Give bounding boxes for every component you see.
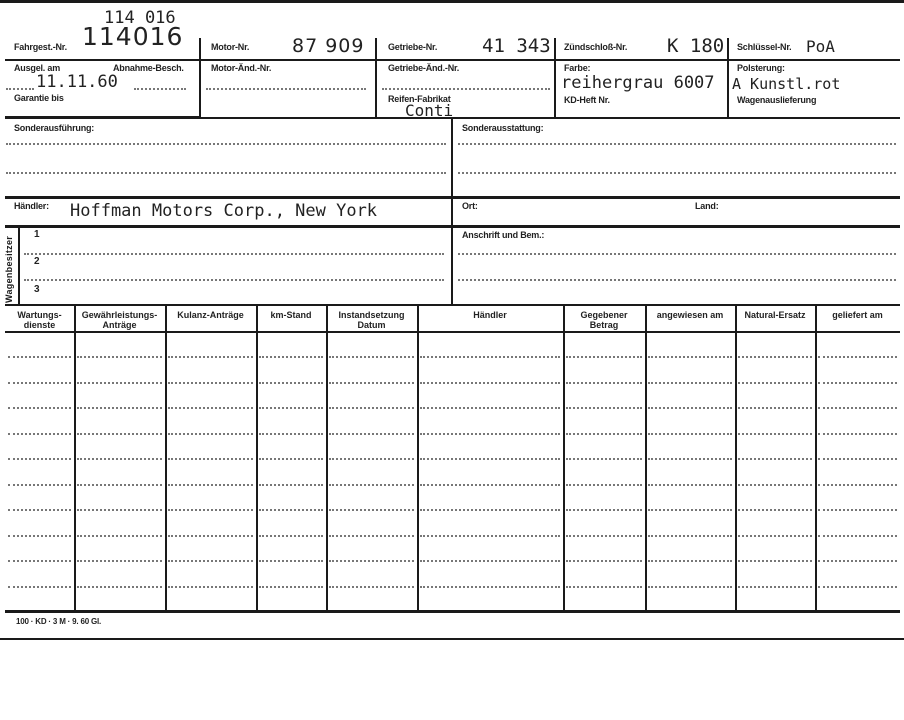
dotted-line	[24, 253, 444, 255]
ausgel-value: 11.11.60	[36, 72, 118, 92]
table-cell-line[interactable]	[168, 535, 253, 537]
divider	[727, 38, 729, 118]
table-cell-line[interactable]	[329, 535, 414, 537]
table-cell-line[interactable]	[8, 586, 71, 588]
table-cell-line[interactable]	[329, 433, 414, 435]
table-cell-line[interactable]	[329, 356, 414, 358]
column-divider	[74, 304, 76, 611]
table-cell-line[interactable]	[77, 407, 162, 409]
table-cell-line[interactable]	[738, 509, 812, 511]
table-cell-line[interactable]	[259, 535, 323, 537]
table-cell-line[interactable]	[168, 509, 253, 511]
table-cell-line[interactable]	[648, 509, 732, 511]
table-cell-line[interactable]	[420, 433, 560, 435]
table-cell-line[interactable]	[168, 560, 253, 562]
column-header: angewiesen am	[645, 310, 735, 320]
getriebe-value: 41 343	[482, 35, 551, 57]
table-cell-line[interactable]	[329, 458, 414, 460]
table-cell-line[interactable]	[566, 458, 642, 460]
wagenbesitzer-label: Wagenbesitzer	[4, 236, 14, 303]
table-cell-line[interactable]	[818, 407, 897, 409]
column-header: geliefert am	[815, 310, 900, 320]
table-cell-line[interactable]	[648, 484, 732, 486]
table-cell-line[interactable]	[566, 433, 642, 435]
column-header: Händler	[417, 310, 563, 320]
table-bottom	[5, 610, 900, 613]
table-cell-line[interactable]	[329, 560, 414, 562]
table-cell-line[interactable]	[329, 586, 414, 588]
service-table: Wartungs- diensteGewährleistungs- Anträg…	[0, 304, 904, 614]
table-cell-line[interactable]	[566, 356, 642, 358]
table-cell-line[interactable]	[738, 560, 812, 562]
dotted-line	[206, 88, 366, 90]
column-divider	[417, 304, 419, 611]
divider	[375, 38, 377, 118]
table-cell-line[interactable]	[566, 382, 642, 384]
table-cell-line[interactable]	[648, 356, 732, 358]
table-cell-line[interactable]	[168, 382, 253, 384]
schluessel-label: Schlüssel-Nr.	[737, 42, 791, 52]
table-cell-line[interactable]	[566, 509, 642, 511]
column-header: Kulanz-Anträge	[165, 310, 256, 320]
table-cell-line[interactable]	[259, 356, 323, 358]
table-cell-line[interactable]	[329, 382, 414, 384]
getriebe-aend-label: Getriebe-Änd.-Nr.	[388, 63, 459, 73]
fahrgest-stamped-value: 114016	[82, 22, 183, 51]
table-cell-line[interactable]	[168, 484, 253, 486]
haendler-label: Händler:	[14, 201, 49, 211]
table-cell-line[interactable]	[420, 560, 560, 562]
table-cell-line[interactable]	[738, 484, 812, 486]
sonderausstattung-label: Sonderausstattung:	[462, 123, 543, 133]
table-cell-line[interactable]	[77, 484, 162, 486]
zuendschloss-value: K 180	[667, 35, 724, 57]
table-cell-line[interactable]	[648, 535, 732, 537]
table-cell-line[interactable]	[77, 356, 162, 358]
table-cell-line[interactable]	[818, 484, 897, 486]
dotted-line	[382, 88, 550, 90]
column-header: Gegebener Betrag	[563, 310, 645, 330]
dotted-line	[6, 143, 446, 145]
table-cell-line[interactable]	[8, 407, 71, 409]
row2-bottom	[199, 117, 900, 119]
column-divider	[165, 304, 167, 611]
table-cell-line[interactable]	[420, 382, 560, 384]
table-cell-line[interactable]	[259, 484, 323, 486]
table-cell-line[interactable]	[818, 586, 897, 588]
table-cell-line[interactable]	[259, 458, 323, 460]
table-cell-line[interactable]	[738, 356, 812, 358]
table-cell-line[interactable]	[168, 586, 253, 588]
polsterung-value: A Kunstl.rot	[732, 75, 840, 93]
table-cell-line[interactable]	[259, 560, 323, 562]
table-cell-line[interactable]	[259, 407, 323, 409]
motor-aend-label: Motor-Änd.-Nr.	[211, 63, 271, 73]
dotted-line	[458, 279, 896, 281]
garantie-box-bottom	[5, 116, 201, 119]
table-cell-line[interactable]	[77, 586, 162, 588]
table-cell-line[interactable]	[168, 356, 253, 358]
column-divider	[735, 304, 737, 611]
table-cell-line[interactable]	[648, 382, 732, 384]
table-cell-line[interactable]	[259, 509, 323, 511]
table-cell-line[interactable]	[8, 535, 71, 537]
table-cell-line[interactable]	[168, 433, 253, 435]
table-cell-line[interactable]	[168, 407, 253, 409]
table-cell-line[interactable]	[8, 509, 71, 511]
dotted-line	[458, 253, 896, 255]
motor-label: Motor-Nr.	[211, 42, 249, 52]
table-cell-line[interactable]	[77, 458, 162, 460]
table-cell-line[interactable]	[818, 535, 897, 537]
table-cell-line[interactable]	[566, 586, 642, 588]
farbe-value: reihergrau 6007	[561, 73, 715, 93]
table-cell-line[interactable]	[77, 560, 162, 562]
table-cell-line[interactable]	[77, 433, 162, 435]
table-cell-line[interactable]	[738, 433, 812, 435]
table-cell-line[interactable]	[738, 586, 812, 588]
wagenauslieferung-label: Wagenauslieferung	[737, 95, 816, 105]
land-label: Land:	[695, 201, 719, 211]
table-cell-line[interactable]	[648, 407, 732, 409]
column-header: Wartungs- dienste	[5, 310, 74, 330]
table-cell-line[interactable]	[566, 484, 642, 486]
row1-bottom	[5, 59, 900, 61]
table-cell-line[interactable]	[648, 586, 732, 588]
table-cell-line[interactable]	[8, 356, 71, 358]
schluessel-value: PoA	[806, 37, 835, 56]
dotted-line	[458, 172, 896, 174]
table-cell-line[interactable]	[420, 535, 560, 537]
table-cell-line[interactable]	[566, 535, 642, 537]
top-border	[0, 0, 904, 3]
table-cell-line[interactable]	[168, 458, 253, 460]
table-cell-line[interactable]	[259, 382, 323, 384]
table-cell-line[interactable]	[648, 458, 732, 460]
abnahme-label: Abnahme-Besch.	[113, 63, 184, 73]
table-cell-line[interactable]	[648, 433, 732, 435]
table-cell-line[interactable]	[420, 586, 560, 588]
column-header: Instandsetzung Datum	[326, 310, 417, 330]
getriebe-label: Getriebe-Nr.	[388, 42, 437, 52]
table-cell-line[interactable]	[738, 382, 812, 384]
table-cell-line[interactable]	[420, 407, 560, 409]
dotted-line	[6, 88, 34, 90]
farbe-label: Farbe:	[564, 63, 590, 73]
table-cell-line[interactable]	[329, 407, 414, 409]
owner-row-3: 3	[34, 284, 39, 295]
table-cell-line[interactable]	[738, 407, 812, 409]
fahrgest-label: Fahrgest.-Nr.	[14, 42, 67, 52]
dotted-line	[6, 172, 446, 174]
divider	[554, 38, 556, 118]
bottom-border	[0, 638, 904, 640]
sonder-bottom	[5, 196, 900, 199]
sonderausfuehrung-label: Sonderausführung:	[14, 123, 94, 133]
haendler-value: Hoffman Motors Corp., New York	[70, 201, 377, 221]
anschrift-label: Anschrift und Bem.:	[462, 230, 544, 240]
garantie-label: Garantie bis	[14, 93, 64, 103]
table-cell-line[interactable]	[818, 382, 897, 384]
haendler-bottom	[5, 225, 900, 228]
table-cell-line[interactable]	[420, 509, 560, 511]
table-cell-line[interactable]	[8, 382, 71, 384]
column-header: km-Stand	[256, 310, 326, 320]
table-cell-line[interactable]	[738, 535, 812, 537]
table-cell-line[interactable]	[420, 356, 560, 358]
divider	[451, 118, 453, 305]
column-divider	[645, 304, 647, 611]
column-header: Natural-Ersatz	[735, 310, 815, 320]
dotted-line	[24, 279, 444, 281]
print-code: 100 · KD · 3 M · 9. 60 Gl.	[16, 617, 101, 626]
dotted-line	[134, 88, 186, 90]
ort-label: Ort:	[462, 201, 478, 211]
table-cell-line[interactable]	[420, 484, 560, 486]
polsterung-label: Polsterung:	[737, 63, 785, 73]
table-cell-line[interactable]	[818, 509, 897, 511]
zuendschloss-label: Zündschloß-Nr.	[564, 42, 627, 52]
column-divider	[256, 304, 258, 611]
owner-row-1: 1	[34, 229, 39, 240]
column-divider	[563, 304, 565, 611]
table-cell-line[interactable]	[818, 433, 897, 435]
kd-heft-label: KD-Heft Nr.	[564, 95, 610, 105]
table-cell-line[interactable]	[8, 433, 71, 435]
column-divider	[815, 304, 817, 611]
owner-row-2: 2	[34, 256, 39, 267]
divider	[199, 38, 201, 118]
table-cell-line[interactable]	[259, 433, 323, 435]
column-divider	[326, 304, 328, 611]
table-cell-line[interactable]	[329, 484, 414, 486]
table-header-bottom	[5, 331, 900, 333]
table-cell-line[interactable]	[8, 560, 71, 562]
table-cell-line[interactable]	[329, 509, 414, 511]
table-cell-line[interactable]	[818, 356, 897, 358]
dotted-line	[458, 143, 896, 145]
table-cell-line[interactable]	[259, 586, 323, 588]
column-header: Gewährleistungs- Anträge	[74, 310, 165, 330]
table-cell-line[interactable]	[8, 458, 71, 460]
divider	[18, 226, 20, 305]
table-cell-line[interactable]	[77, 382, 162, 384]
motor-value: 87 909	[292, 35, 364, 57]
table-cell-line[interactable]	[818, 560, 897, 562]
table-cell-line[interactable]	[77, 509, 162, 511]
table-cell-line[interactable]	[566, 407, 642, 409]
table-cell-line[interactable]	[566, 560, 642, 562]
table-cell-line[interactable]	[648, 560, 732, 562]
table-cell-line[interactable]	[818, 458, 897, 460]
table-cell-line[interactable]	[8, 484, 71, 486]
table-cell-line[interactable]	[738, 458, 812, 460]
table-cell-line[interactable]	[420, 458, 560, 460]
table-cell-line[interactable]	[77, 535, 162, 537]
